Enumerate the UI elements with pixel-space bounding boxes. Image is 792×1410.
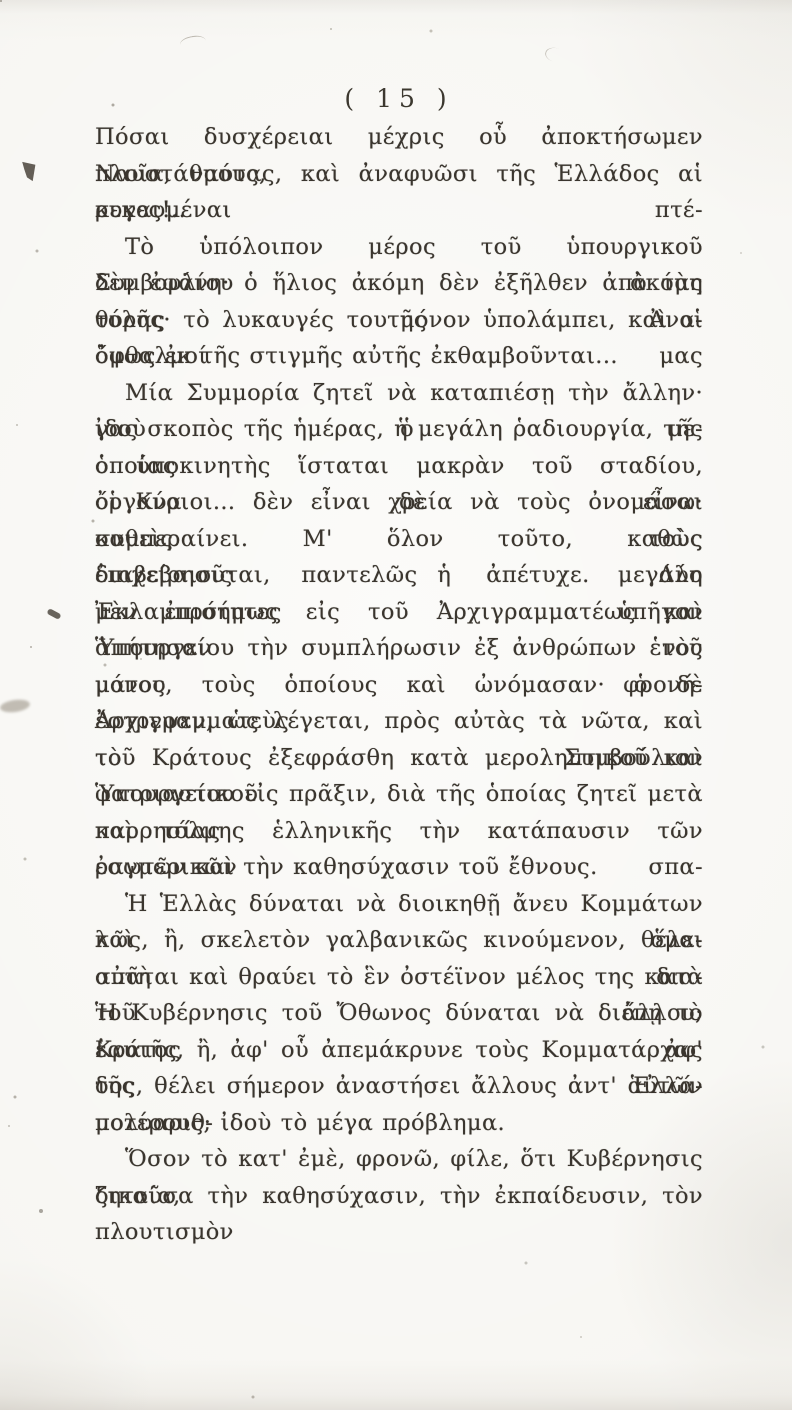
text-line: τοῦ Κράτους ἐξεφράσθη κατὰ μεροληπτικοῦ …: [95, 740, 703, 777]
text-line: ὁ ὑποκινητὴς ἵσταται μακρὰν τοῦ σταδίου,…: [95, 448, 703, 485]
text-line: ζητοῦσα τὴν καθησύχασιν, τὴν ἐκπαίδευσιν…: [95, 1178, 703, 1215]
text-line: καὶ τόλμης ἑλληνικῆς τὴν κατάπαυσιν τῶν …: [95, 813, 703, 850]
text-line: Ἡ Κυβέρνησις τοῦ Ὄθωνος δύναται νὰ διέπῃ…: [95, 995, 703, 1032]
page-number: ( 15 ): [95, 84, 703, 113]
text-block: Πόσαι δυσχέρειαι μέχρις οὗ ἀποκτήσωμεν Ν…: [95, 119, 703, 1214]
text-line: ὅμως ἐκ τῆς στιγμῆς αὐτῆς ἐκθαμβοῦνται..…: [95, 338, 703, 375]
text-line: ἔστρεψεν, ὡς λέγεται, πρὸς αὐτὰς τὰ νῶτα…: [95, 703, 703, 740]
text-line: σπᾶται καὶ θραύει τὸ ἓν ὀστέϊνον μέλος τ…: [95, 959, 703, 996]
paragraph: Ἡ Ἑλλὰς δύναται νὰ διοικηθῇ ἄνευ Κομμάτω…: [95, 886, 703, 1142]
text-line: Πόσαι δυσχέρειαι μέχρις οὗ ἀποκτήσωμεν Ν…: [95, 119, 703, 156]
ink-smudge: [0, 698, 31, 714]
text-line: Ὑπουργείου εἰς πρᾶξιν, διὰ τῆς ὁποίας ζη…: [95, 776, 703, 813]
text-line: Ὑπουργείου τὴν συμπλήρωσιν ἐξ ἀνθρώπων ἑ…: [95, 630, 703, 667]
paper-specks: [0, 0, 2, 2]
paragraph: Πόσαι δυσχέρειαι μέχρις οὗ ἀποκτήσωμεν Ν…: [95, 119, 703, 229]
text-line: γας σκοπὸς τῆς ἡμέρας, ἡ μεγάλη ῥαδιουργ…: [95, 411, 703, 448]
text-line: οἱ Κύριοι... δὲν εἶναι χρεία νὰ τοὺς ὀνο…: [95, 484, 703, 521]
paper-fiber-mark: [179, 33, 207, 51]
text-line: ἐπιχείρησις παντελῶς ἀπέτυχε. Δύο Ἐκλαμπ…: [95, 557, 703, 594]
text-line: μὲν ἐπισήμως εἰς τοῦ Ἀρχιγραμματέως καὶ …: [95, 594, 703, 631]
ink-blot: [21, 161, 36, 182]
paper-fiber-mark: [543, 45, 568, 65]
text-line: Ὅσον τὸ κατ' ἐμὲ, φρονῶ, φίλε, ὅτι Κυβέρ…: [95, 1141, 703, 1178]
text-line: ματος, τοὺς ὁποίους καὶ ὠνόμασαν· ὁ δὲ Ἀ…: [95, 667, 703, 704]
text-line: Μία Συμμορία ζητεῖ νὰ καταπιέσῃ τὴν ἄλλη…: [95, 375, 703, 412]
text-line: τολῆς· τὸ λυκαυγές του μόνον ὑπολάμπει, …: [95, 302, 703, 339]
text-line: δος, θέλει σήμερον ἀναστήσει ἄλλους ἀντ'…: [95, 1068, 703, 1105]
text-line: συμπεραίνει. Μ' ὅλον τοῦτο, καθὼς διαβεβ…: [95, 521, 703, 558]
text-line: ἑαυτῆς, ἢ, ἀφ' οὗ ἀπεμάκρυνε τοὺς Κομματ…: [95, 1032, 703, 1069]
text-line: Ἡ Ἑλλὰς δύναται νὰ διοικηθῇ ἄνευ Κομμάτω…: [95, 886, 703, 923]
ink-dash: [46, 608, 61, 620]
paragraph: Μία Συμμορία ζητεῖ νὰ καταπιέσῃ τὴν ἄλλη…: [95, 375, 703, 886]
text-line: μοτέρους; ἰδοὺ τὸ μέγα πρόβλημα.: [95, 1105, 703, 1142]
paragraph: Τὸ ὑπόλοιπον μέρος τοῦ ὑπουργικοῦ Συμβου…: [95, 229, 703, 375]
paragraph: Ὅσον τὸ κατ' ἐμὲ, φρονῶ, φίλε, ὅτι Κυβέρ…: [95, 1141, 703, 1214]
text-line: Τὸ ὑπόλοιπον μέρος τοῦ ὑπουργικοῦ Συμβου…: [95, 229, 703, 266]
text-line: πλοῖα, ναύτας, καὶ ἀναφυῶσι τῆς Ἑλλάδος …: [95, 156, 703, 193]
text-line: λῶς, ἢ, σκελετὸν γαλβανικῶς κινούμενον, …: [95, 922, 703, 959]
text-line: δὲν ἐφάνη· ὁ ἥλιος ἀκόμη δὲν ἐξῆλθεν ἀπὸ…: [95, 265, 703, 302]
